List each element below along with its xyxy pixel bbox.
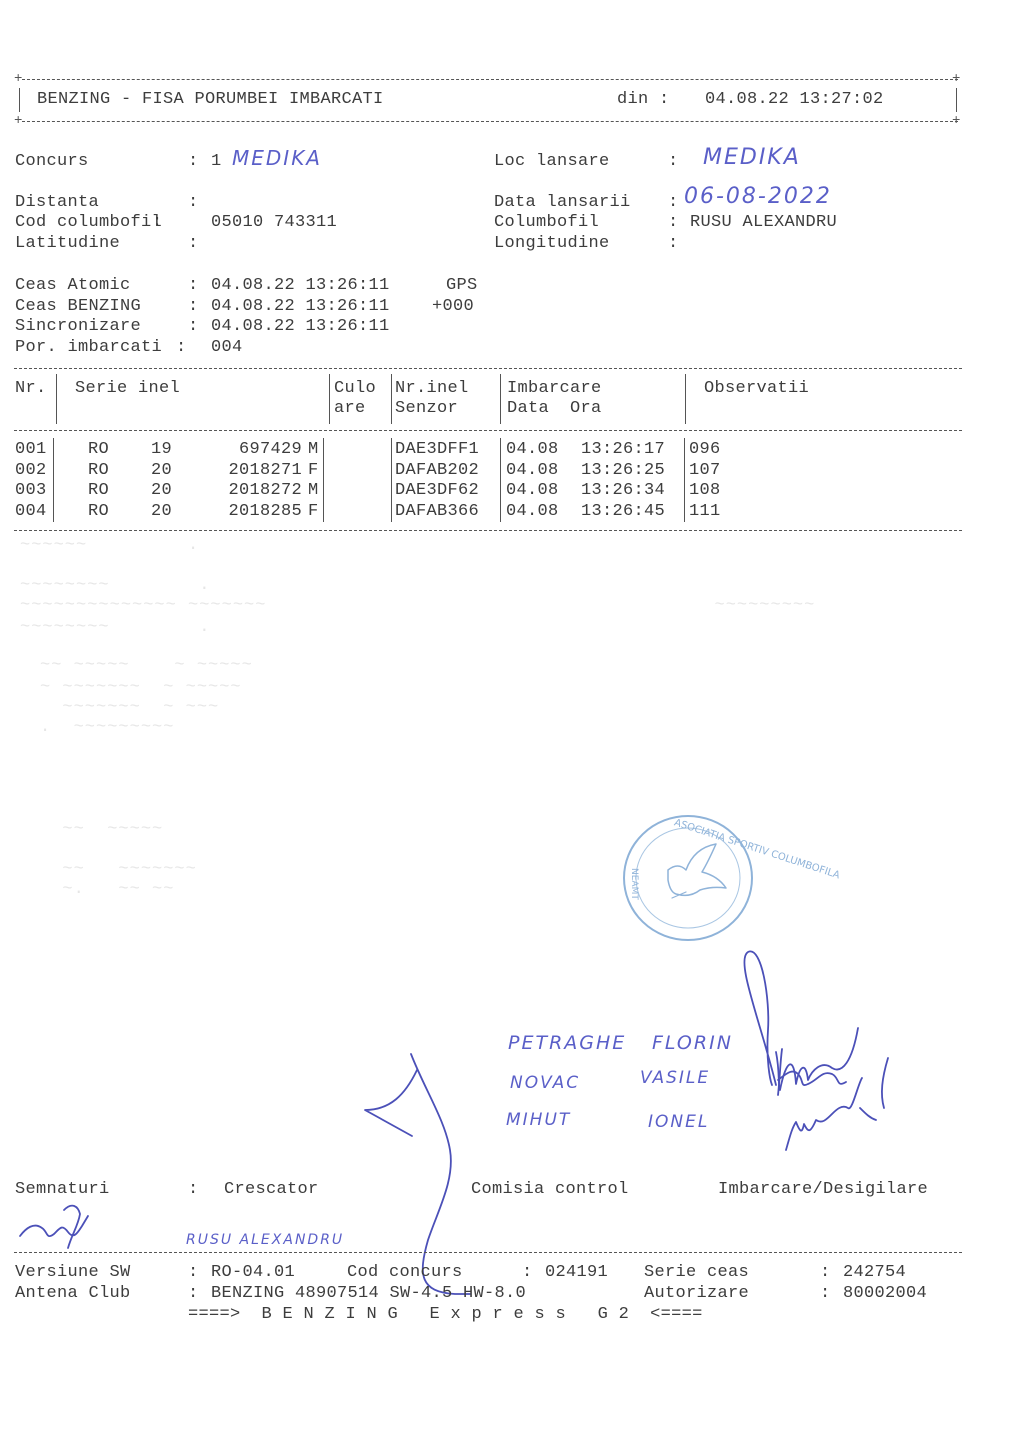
antena-label: Antena Club	[15, 1284, 131, 1304]
cod-concurs-label: Cod concurs	[347, 1263, 463, 1283]
crescator-label: Crescator	[224, 1180, 319, 1200]
versiune-value: RO-04.01	[211, 1263, 295, 1283]
colon: :	[188, 1263, 199, 1283]
colon: :	[188, 1284, 199, 1304]
semnaturi-label: Semnaturi	[15, 1180, 110, 1200]
benzing-banner: ====> B E N Z I N G E x p r e s s G 2 <=…	[188, 1305, 703, 1325]
antena-value: BENZING 48907514 SW-4.5 HW-8.0	[211, 1284, 526, 1304]
signature-strokes	[0, 0, 1024, 1447]
serie-ceas-label: Serie ceas	[644, 1263, 749, 1283]
comisia-label: Comisia control	[471, 1180, 629, 1200]
serie-ceas-value: 242754	[843, 1263, 906, 1283]
colon: :	[522, 1263, 533, 1283]
signature-divider	[14, 1252, 962, 1253]
autorizare-label: Autorizare	[644, 1284, 749, 1304]
colon: :	[188, 1180, 199, 1200]
colon: :	[820, 1284, 831, 1304]
autorizare-value: 80002004	[843, 1284, 927, 1304]
cod-concurs-value: 024191	[545, 1263, 608, 1283]
imbarcare-desigilare-label: Imbarcare/Desigilare	[718, 1180, 928, 1200]
crescator-handwritten-name: RUSU ALEXANDRU	[186, 1232, 344, 1248]
versiune-label: Versiune SW	[15, 1263, 131, 1283]
colon: :	[820, 1263, 831, 1283]
